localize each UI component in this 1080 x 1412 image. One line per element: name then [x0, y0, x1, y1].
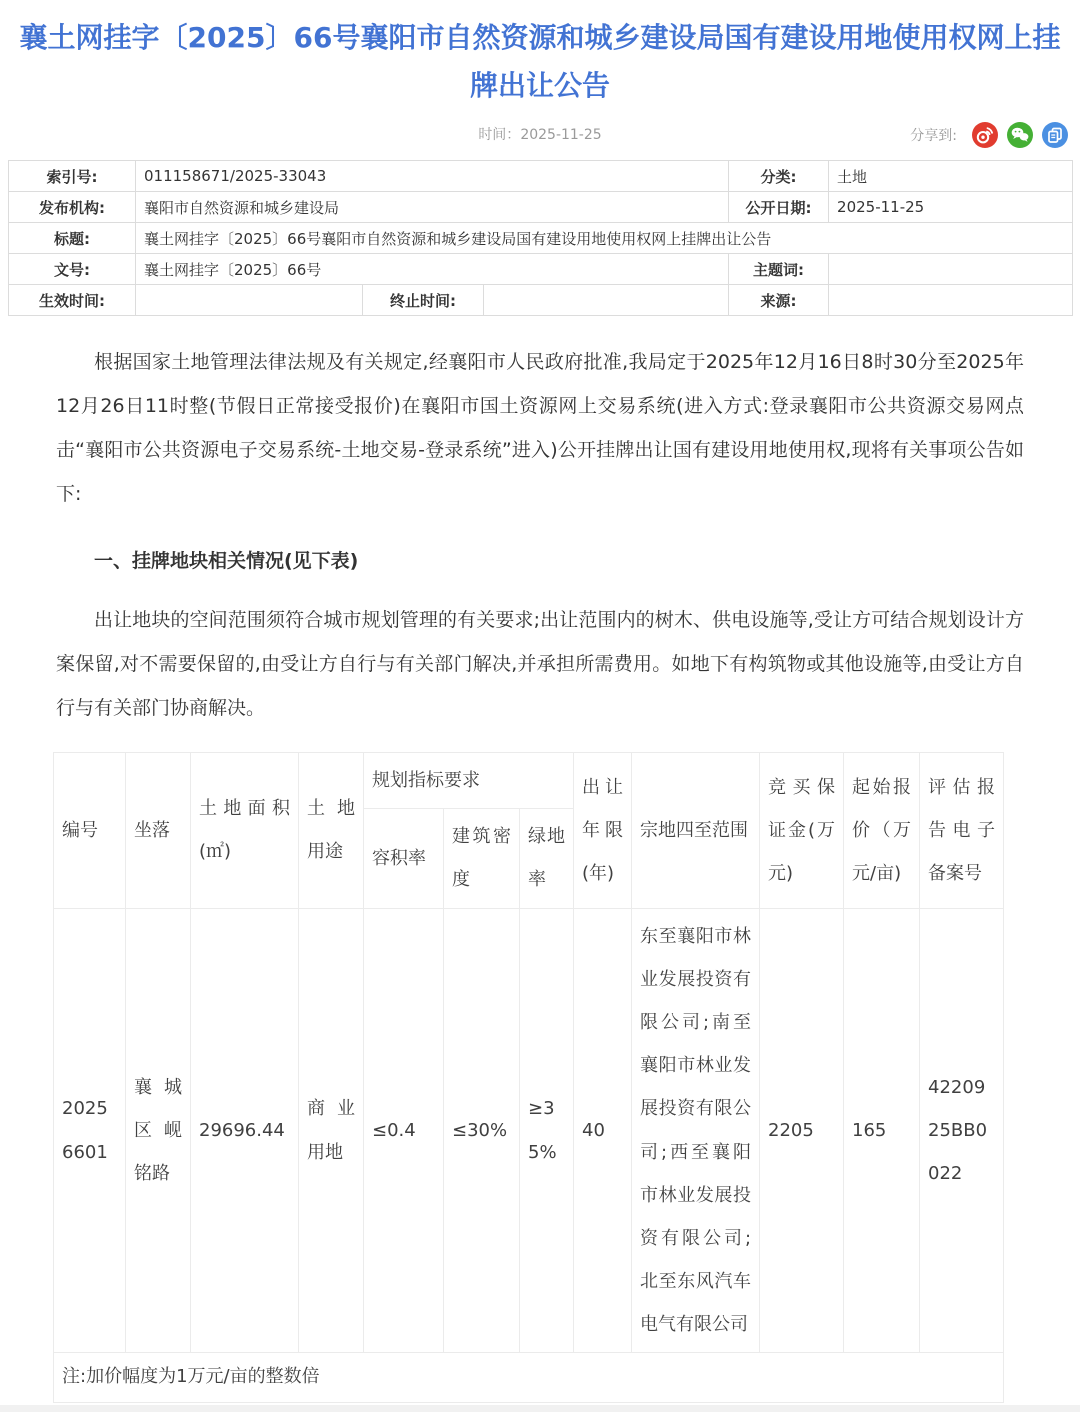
- meta-value-date: 2025-11-25: [829, 192, 1073, 223]
- cell-deposit: 2205: [760, 908, 844, 1353]
- col-header-green: 绿地率: [520, 809, 574, 908]
- publish-time-label: 时间：: [478, 127, 520, 143]
- time-share-bar: 时间：2025-11-25 分享到:: [0, 112, 1080, 158]
- publish-time-value: 2025-11-25: [520, 127, 601, 143]
- meta-value-index: 011158671/2025-33043: [136, 161, 729, 192]
- land-table-note-row: 注:加价幅度为1万元/亩的整数倍: [54, 1353, 1004, 1402]
- col-header-deposit: 竞买保证金(万元): [760, 753, 844, 909]
- cell-far: ≤0.4: [364, 908, 444, 1353]
- col-header-density: 建筑密度: [444, 809, 520, 908]
- paragraph-intro: 根据国家土地管理法律法规及有关规定,经襄阳市人民政府批准,我局定于2025年12…: [56, 340, 1024, 516]
- meta-value-doc-no: 襄土网挂字〔2025〕66号: [136, 254, 729, 285]
- col-header-far: 容积率: [364, 809, 444, 908]
- page-title: 襄土网挂字〔2025〕66号襄阳市自然资源和城乡建设局国有建设用地使用权网上挂牌…: [0, 0, 1080, 110]
- land-table-header-row-1: 编号 坐落 土地面积(㎡) 土地用途 规划指标要求 出让年限(年) 宗地四至范围…: [54, 753, 1004, 809]
- section-heading-1: 一、挂牌地块相关情况(见下表): [56, 546, 1024, 576]
- announcement-body: 根据国家土地管理法律法规及有关规定,经襄阳市人民政府批准,我局定于2025年12…: [0, 340, 1080, 730]
- meta-value-effective: [136, 285, 363, 316]
- meta-label-end: 终止时间:: [363, 285, 484, 316]
- meta-label-subject: 主题词:: [729, 254, 829, 285]
- cell-id: 20256601: [54, 908, 126, 1353]
- cell-start-price: 165: [844, 908, 920, 1353]
- meta-row-1: 索引号: 011158671/2025-33043 分类: 土地: [9, 161, 1073, 192]
- meta-value-subject: [829, 254, 1073, 285]
- paragraph-scope: 出让地块的空间范围须符合城市规划管理的有关要求;出让范围内的树木、供电设施等,受…: [56, 598, 1024, 730]
- meta-value-org: 襄阳市自然资源和城乡建设局: [136, 192, 729, 223]
- land-parcel-table: 编号 坐落 土地面积(㎡) 土地用途 规划指标要求 出让年限(年) 宗地四至范围…: [53, 752, 1004, 1403]
- meta-row-3: 标题: 襄土网挂字〔2025〕66号襄阳市自然资源和城乡建设局国有建设用地使用权…: [9, 223, 1073, 254]
- cell-boundary: 东至襄阳市林业发展投资有限公司;南至襄阳市林业发展投资有限公司;西至襄阳市林业发…: [632, 908, 760, 1353]
- land-table-data-row: 20256601 襄城区岘铭路 29696.44 商业用地 ≤0.4 ≤30% …: [54, 908, 1004, 1353]
- col-header-record-no: 评估报告电子备案号: [920, 753, 1004, 909]
- meta-label-org: 发布机构:: [9, 192, 136, 223]
- meta-value-end: [484, 285, 729, 316]
- wechat-icon[interactable]: [1007, 122, 1033, 148]
- meta-row-5: 生效时间: 终止时间: 来源:: [9, 285, 1073, 316]
- cell-use: 商业用地: [299, 908, 364, 1353]
- meta-label-doc-no: 文号:: [9, 254, 136, 285]
- announcement-page: 襄土网挂字〔2025〕66号襄阳市自然资源和城乡建设局国有建设用地使用权网上挂牌…: [0, 0, 1080, 1405]
- col-header-plan-group: 规划指标要求: [364, 753, 574, 809]
- meta-value-category: 土地: [829, 161, 1073, 192]
- meta-label-title: 标题:: [9, 223, 136, 254]
- col-header-use: 土地用途: [299, 753, 364, 909]
- cell-area: 29696.44: [191, 908, 299, 1353]
- meta-value-title: 襄土网挂字〔2025〕66号襄阳市自然资源和城乡建设局国有建设用地使用权网上挂牌…: [136, 223, 1073, 254]
- share-bar: 分享到:: [910, 112, 1068, 158]
- share-label: 分享到:: [910, 125, 957, 145]
- cell-green: ≥35%: [520, 908, 574, 1353]
- cell-years: 40: [574, 908, 632, 1353]
- meta-label-category: 分类:: [729, 161, 829, 192]
- col-header-start-price: 起始报价（万元/亩): [844, 753, 920, 909]
- weibo-icon[interactable]: [972, 122, 998, 148]
- col-header-area: 土地面积(㎡): [191, 753, 299, 909]
- meta-info-table: 索引号: 011158671/2025-33043 分类: 土地 发布机构: 襄…: [8, 160, 1073, 316]
- meta-label-effective: 生效时间:: [9, 285, 136, 316]
- meta-label-index: 索引号:: [9, 161, 136, 192]
- col-header-boundary: 宗地四至范围: [632, 753, 760, 909]
- page-bottom-strip: [0, 1405, 1080, 1412]
- cell-density: ≤30%: [444, 908, 520, 1353]
- table-note: 注:加价幅度为1万元/亩的整数倍: [54, 1353, 1004, 1402]
- meta-label-date: 公开日期:: [729, 192, 829, 223]
- col-header-location: 坐落: [126, 753, 191, 909]
- meta-value-source: [829, 285, 1073, 316]
- meta-label-source: 来源:: [729, 285, 829, 316]
- col-header-id: 编号: [54, 753, 126, 909]
- meta-row-4: 文号: 襄土网挂字〔2025〕66号 主题词:: [9, 254, 1073, 285]
- cell-record-no: 4220925BB0022: [920, 908, 1004, 1353]
- col-header-years: 出让年限(年): [574, 753, 632, 909]
- share-icons: [963, 122, 1068, 148]
- copy-link-icon[interactable]: [1042, 122, 1068, 148]
- meta-row-2: 发布机构: 襄阳市自然资源和城乡建设局 公开日期: 2025-11-25: [9, 192, 1073, 223]
- cell-location: 襄城区岘铭路: [126, 908, 191, 1353]
